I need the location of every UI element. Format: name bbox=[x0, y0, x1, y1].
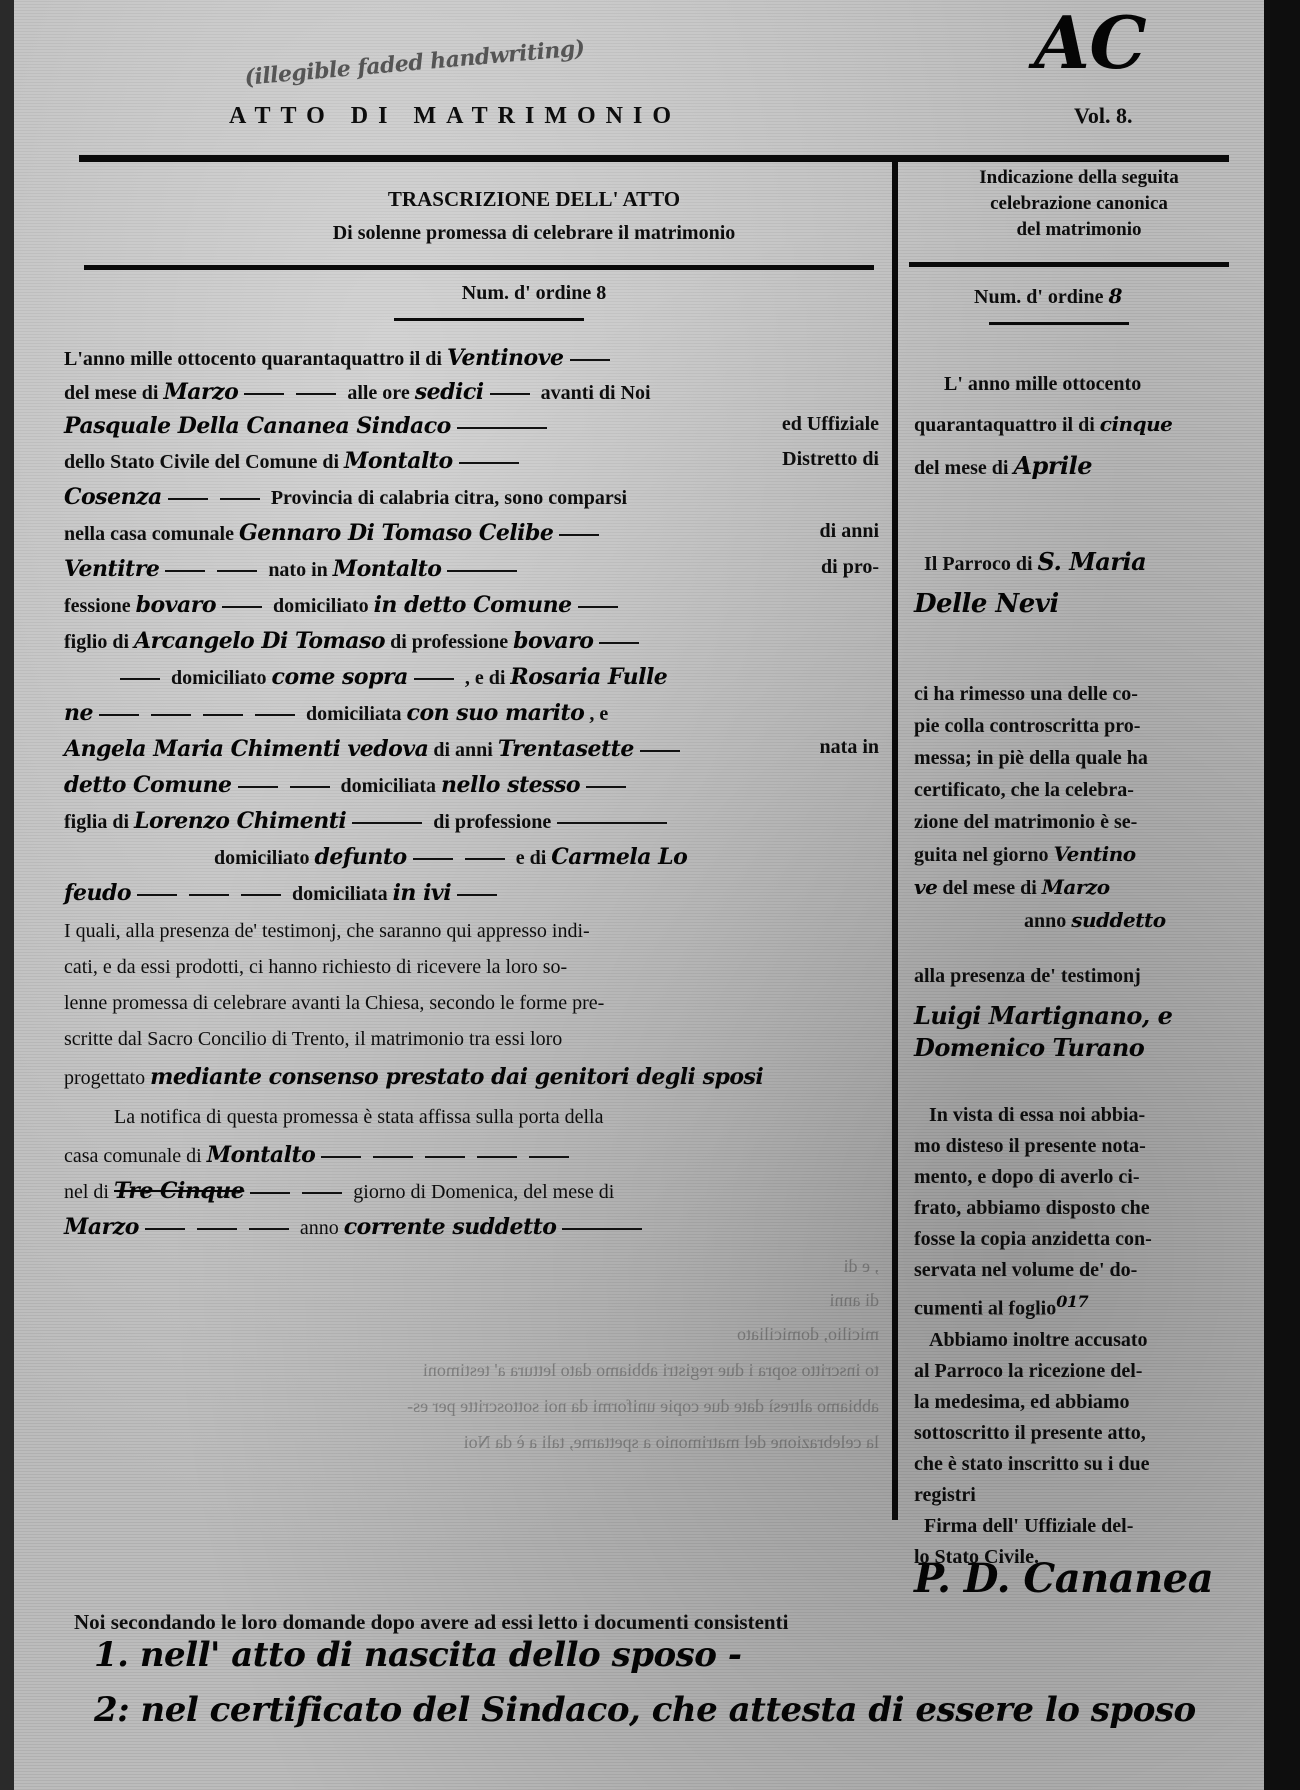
form-line-6: nella casa comunale Gennaro Di Tomaso Ce… bbox=[64, 520, 879, 546]
order-number-right: Num. d' ordine 8 bbox=[974, 280, 1300, 313]
section-rule bbox=[84, 265, 874, 270]
form-line-1: L'anno mille ottocento quarantaquattro i… bbox=[64, 345, 879, 371]
notice-line-4: Marzo anno corrente suddetto bbox=[64, 1214, 879, 1240]
order-label: Num. d' ordine bbox=[462, 282, 591, 304]
handwritten-father-profession: bovaro bbox=[513, 628, 593, 654]
form-line-3: Pasquale Della Cananea Sindaco ed Uffizi… bbox=[64, 413, 879, 439]
bleed-through-2: di anni bbox=[64, 1290, 879, 1311]
bleed-through-3: micilio, domiciliato bbox=[64, 1324, 879, 1345]
right-year-1: L' anno mille ottocento bbox=[914, 368, 1294, 400]
section-subtitle: Di solenne promessa di celebrare il matr… bbox=[174, 222, 894, 245]
bleed-through-1: , e di bbox=[64, 1256, 879, 1277]
handwritten-groom-age: Ventitre bbox=[64, 556, 159, 582]
form-line-12: Angela Maria Chimenti vedova di anni Tre… bbox=[64, 736, 879, 762]
form-line-5: Cosenza Provincia di calabria citra, son… bbox=[64, 484, 879, 510]
bottom-handwritten-2: 2: nel certificato del Sindaco, che atte… bbox=[94, 1690, 1196, 1730]
right-witnesses: alla presenza de' testimonj Luigi Martig… bbox=[914, 960, 1264, 1064]
handwritten-mother-domicile: con suo marito bbox=[407, 700, 585, 726]
bleed-through-4: to inscritto sopra i due registri abbiam… bbox=[64, 1360, 879, 1381]
witness-1: Luigi Martignano, e bbox=[914, 1000, 1264, 1032]
handwritten-profession: bovaro bbox=[136, 592, 216, 618]
handwritten-comune: Montalto bbox=[344, 448, 453, 474]
handwritten-domicile: in detto Comune bbox=[374, 592, 572, 618]
form-line-2: del mese di Marzo alle ore sedici avanti… bbox=[64, 379, 879, 405]
right-body: ci ha rimesso una delle co- pie colla co… bbox=[914, 678, 1264, 937]
form-line-14: figlia di Lorenzo Chimenti di profession… bbox=[64, 808, 879, 834]
order-number-left: Num. d' ordine 8 bbox=[174, 282, 894, 305]
header-rule bbox=[79, 155, 1229, 162]
form-line-10: domiciliato come sopra , e di Rosaria Fu… bbox=[64, 664, 929, 690]
form-line-4: dello Stato Civile del Comune di Montalt… bbox=[64, 448, 879, 474]
column-divider bbox=[892, 155, 898, 1520]
form-line-8: fessione bovaro domiciliato in detto Com… bbox=[64, 592, 879, 618]
handwritten-bride-father: Lorenzo Chimenti bbox=[134, 808, 346, 834]
form-line-15: domiciliato defunto e di Carmela Lo bbox=[64, 844, 1029, 870]
volume-label: Vol. 8. bbox=[1074, 103, 1132, 129]
section-title: TRASCRIZIONE DELL' ATTO bbox=[174, 187, 894, 212]
document-page: (illegible faded handwriting) AC ATTO DI… bbox=[14, 0, 1264, 1790]
order-value: 8 bbox=[596, 282, 606, 304]
brace-rule bbox=[394, 318, 584, 321]
para-line-4: scritte dal Sacro Concilio di Trento, il… bbox=[64, 1028, 879, 1051]
right-parish: Delle Nevi bbox=[914, 588, 1264, 620]
handwritten-groom: Gennaro Di Tomaso Celibe bbox=[239, 520, 553, 546]
faded-scrawl: (illegible faded handwriting) bbox=[244, 35, 586, 91]
handwritten-hour: sedici bbox=[415, 379, 484, 405]
handwritten-distretto: Cosenza bbox=[64, 484, 162, 510]
para-line-1: I quali, alla presenza de' testimonj, ch… bbox=[64, 920, 879, 943]
handwritten-month: Marzo bbox=[163, 379, 238, 405]
scan-left-edge bbox=[0, 0, 14, 1790]
corner-annotation: AC bbox=[1034, 0, 1146, 85]
right-heading: Indicazione della seguita celebrazione c… bbox=[914, 165, 1244, 243]
form-line-13: detto Comune domiciliata nello stesso bbox=[64, 772, 879, 798]
scan-right-edge bbox=[1264, 0, 1300, 1790]
handwritten-bride: Angela Maria Chimenti vedova bbox=[64, 736, 428, 762]
notice-line-3: nel di Tre Cinque giorno di Domenica, de… bbox=[64, 1178, 879, 1204]
handwritten-groom-mother: Rosaria Fulle bbox=[510, 664, 667, 690]
handwritten-groom-father: Arcangelo Di Tomaso bbox=[134, 628, 385, 654]
handwritten-official: Pasquale Della Cananea Sindaco bbox=[64, 413, 451, 439]
bleed-through-5: abbiamo altresì date due copie uniformi … bbox=[64, 1396, 879, 1417]
para-line-3: lenne promessa di celebrare avanti la Ch… bbox=[64, 992, 879, 1015]
handwritten-birthplace: Montalto bbox=[333, 556, 442, 582]
notice-line-1: La notifica di questa promessa è stata a… bbox=[64, 1106, 929, 1129]
form-line-7: Ventitre nato in Montalto di pro- bbox=[64, 556, 879, 582]
handwritten-day: Ventinove bbox=[447, 345, 564, 371]
handwritten-bride-mother: Carmela Lo bbox=[551, 844, 687, 870]
para-line-2: cati, e da essi prodotti, ci hanno richi… bbox=[64, 956, 879, 979]
right-brace-rule bbox=[989, 322, 1129, 325]
right-month: del mese di Aprile bbox=[914, 450, 1264, 484]
form-line-9: figlio di Arcangelo Di Tomaso di profess… bbox=[64, 628, 879, 654]
handwritten-father-domicile: come sopra bbox=[272, 664, 408, 690]
bottom-printed-line: Noi secondando le loro domande dopo aver… bbox=[74, 1610, 788, 1635]
notice-line-2: casa comunale di Montalto bbox=[64, 1142, 879, 1168]
para-line-5: progettato mediante consenso prestato da… bbox=[64, 1064, 879, 1090]
official-signature: P. D. Cananea bbox=[914, 1555, 1213, 1602]
handwritten-bride-domicile: nello stesso bbox=[441, 772, 580, 798]
bottom-handwritten-1: 1. nell' atto di nascita dello sposo - bbox=[94, 1635, 741, 1675]
form-line-16: feudo domiciliata in ivi bbox=[64, 880, 879, 906]
document-title: ATTO DI MATRIMONIO bbox=[229, 103, 681, 130]
handwritten-consent: mediante consenso prestato dai genitori … bbox=[150, 1064, 763, 1090]
right-parroco: Il Parroco di S. Maria bbox=[914, 546, 1274, 580]
bleed-through-6: la celebrazione del matrimonio a spettar… bbox=[64, 1432, 879, 1453]
handwritten-bride-age: Trentasette bbox=[498, 736, 634, 762]
witness-2: Domenico Turano bbox=[914, 1032, 1264, 1064]
form-line-11: ne domiciliata con suo marito , e bbox=[64, 700, 879, 726]
right-year-2: quarantaquattro il di cinque bbox=[914, 408, 1264, 441]
right-vista: In vista di essa noi abbia- mo disteso i… bbox=[914, 1100, 1264, 1573]
right-rule bbox=[909, 262, 1229, 267]
